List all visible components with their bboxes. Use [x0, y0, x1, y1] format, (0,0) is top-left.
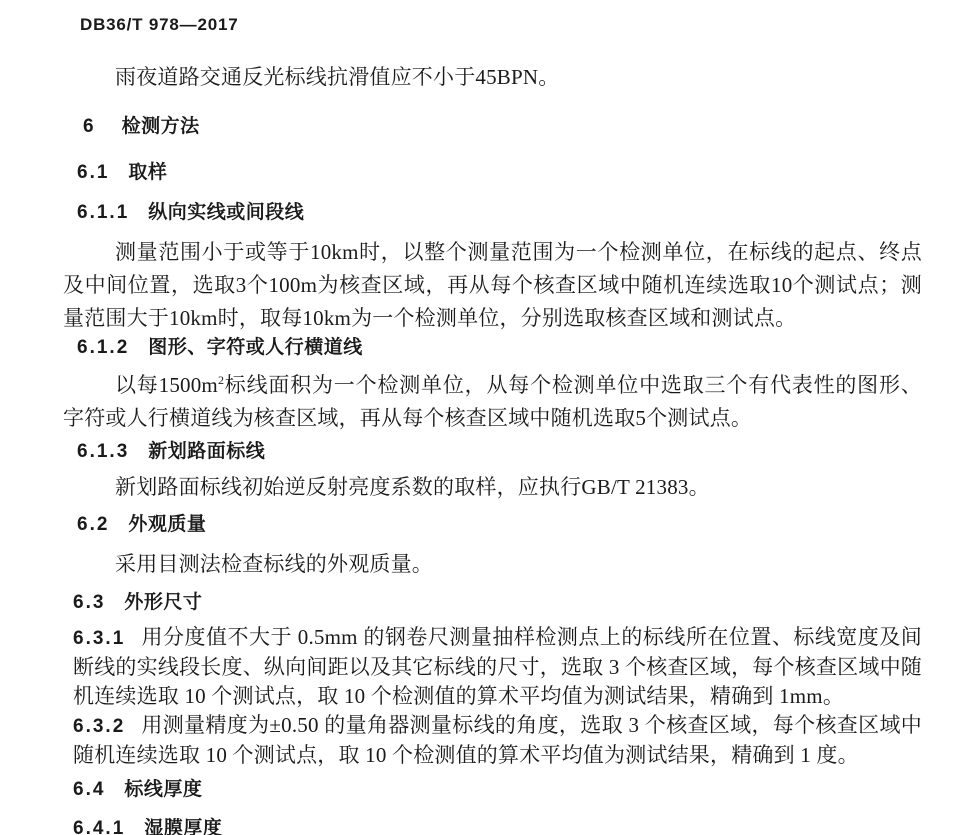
section-6-2-body: 采用目测法检查标线的外观质量。: [63, 548, 922, 581]
section-6-1-2-body-start: 以每1500m: [115, 373, 218, 397]
section-6-1-heading: 6.1取样: [77, 162, 922, 184]
section-6-1-1-body: 测量范围小于或等于10km时，以整个测量范围为一个检测单位，在标线的起点、终点及…: [63, 236, 922, 335]
section-6-2-heading: 6.2外观质量: [77, 514, 922, 536]
section-6-4-1-number: 6.4.1: [73, 818, 125, 835]
section-6-number: 6: [83, 116, 96, 137]
intro-paragraph: 雨夜道路交通反光标线抗滑值应不小于45BPN。: [63, 61, 922, 94]
section-6-1-title: 取样: [128, 162, 167, 183]
section-6-1-2-heading: 6.1.2图形、字符或人行横道线: [77, 337, 922, 359]
section-6-1-2-title: 图形、字符或人行横道线: [148, 337, 363, 358]
section-6-title: 检测方法: [122, 116, 200, 137]
section-6-1-number: 6.1: [77, 162, 109, 183]
section-6-1-2-number: 6.1.2: [77, 337, 129, 358]
clause-6-3-1-number: 6.3.1: [73, 628, 125, 649]
section-6-4-title: 标线厚度: [124, 779, 202, 800]
section-6-3-title: 外形尺寸: [124, 592, 202, 613]
section-6-4-heading: 6.4标线厚度: [73, 779, 922, 801]
section-6-1-3-number: 6.1.3: [77, 441, 129, 462]
clause-6-3-1-body: 用分度值不大于 0.5mm 的钢卷尺测量抽样检测点上的标线所在位置、标线宽度及间…: [73, 625, 922, 708]
section-6-1-1-heading: 6.1.1纵向实线或间段线: [77, 202, 922, 224]
section-6-heading: 6检测方法: [83, 116, 922, 138]
standard-number: DB36/T 978—2017: [80, 15, 922, 35]
section-6-1-2-body: 以每1500m2标线面积为一个检测单位，从每个检测单位中选取三个有代表性的图形、…: [63, 369, 922, 435]
section-6-4-number: 6.4: [73, 779, 105, 800]
section-6-2-title: 外观质量: [128, 514, 206, 535]
clause-6-3-2-number: 6.3.2: [73, 716, 125, 737]
section-6-2-number: 6.2: [77, 514, 109, 535]
section-6-1-1-title: 纵向实线或间段线: [148, 202, 304, 223]
section-6-3-number: 6.3: [73, 592, 105, 613]
section-6-4-1-heading: 6.4.1湿膜厚度: [73, 818, 922, 835]
document-page: DB36/T 978—2017 雨夜道路交通反光标线抗滑值应不小于45BPN。 …: [0, 0, 980, 835]
clause-6-3-1: 6.3.1用分度值不大于 0.5mm 的钢卷尺测量抽样检测点上的标线所在位置、标…: [73, 623, 922, 711]
section-6-1-3-heading: 6.1.3新划路面标线: [77, 441, 922, 463]
section-6-1-3-title: 新划路面标线: [148, 441, 265, 462]
section-6-3-heading: 6.3外形尺寸: [73, 592, 922, 614]
section-6-1-1-number: 6.1.1: [77, 202, 129, 223]
section-6-1-3-body: 新划路面标线初始逆反射亮度系数的取样，应执行GB/T 21383。: [63, 471, 922, 504]
clause-6-3-2: 6.3.2用测量精度为±0.50 的量角器测量标线的角度，选取 3 个核查区域，…: [73, 711, 922, 770]
section-6-4-1-title: 湿膜厚度: [144, 818, 222, 835]
clause-6-3-2-body: 用测量精度为±0.50 的量角器测量标线的角度，选取 3 个核查区域，每个核查区…: [73, 713, 922, 767]
